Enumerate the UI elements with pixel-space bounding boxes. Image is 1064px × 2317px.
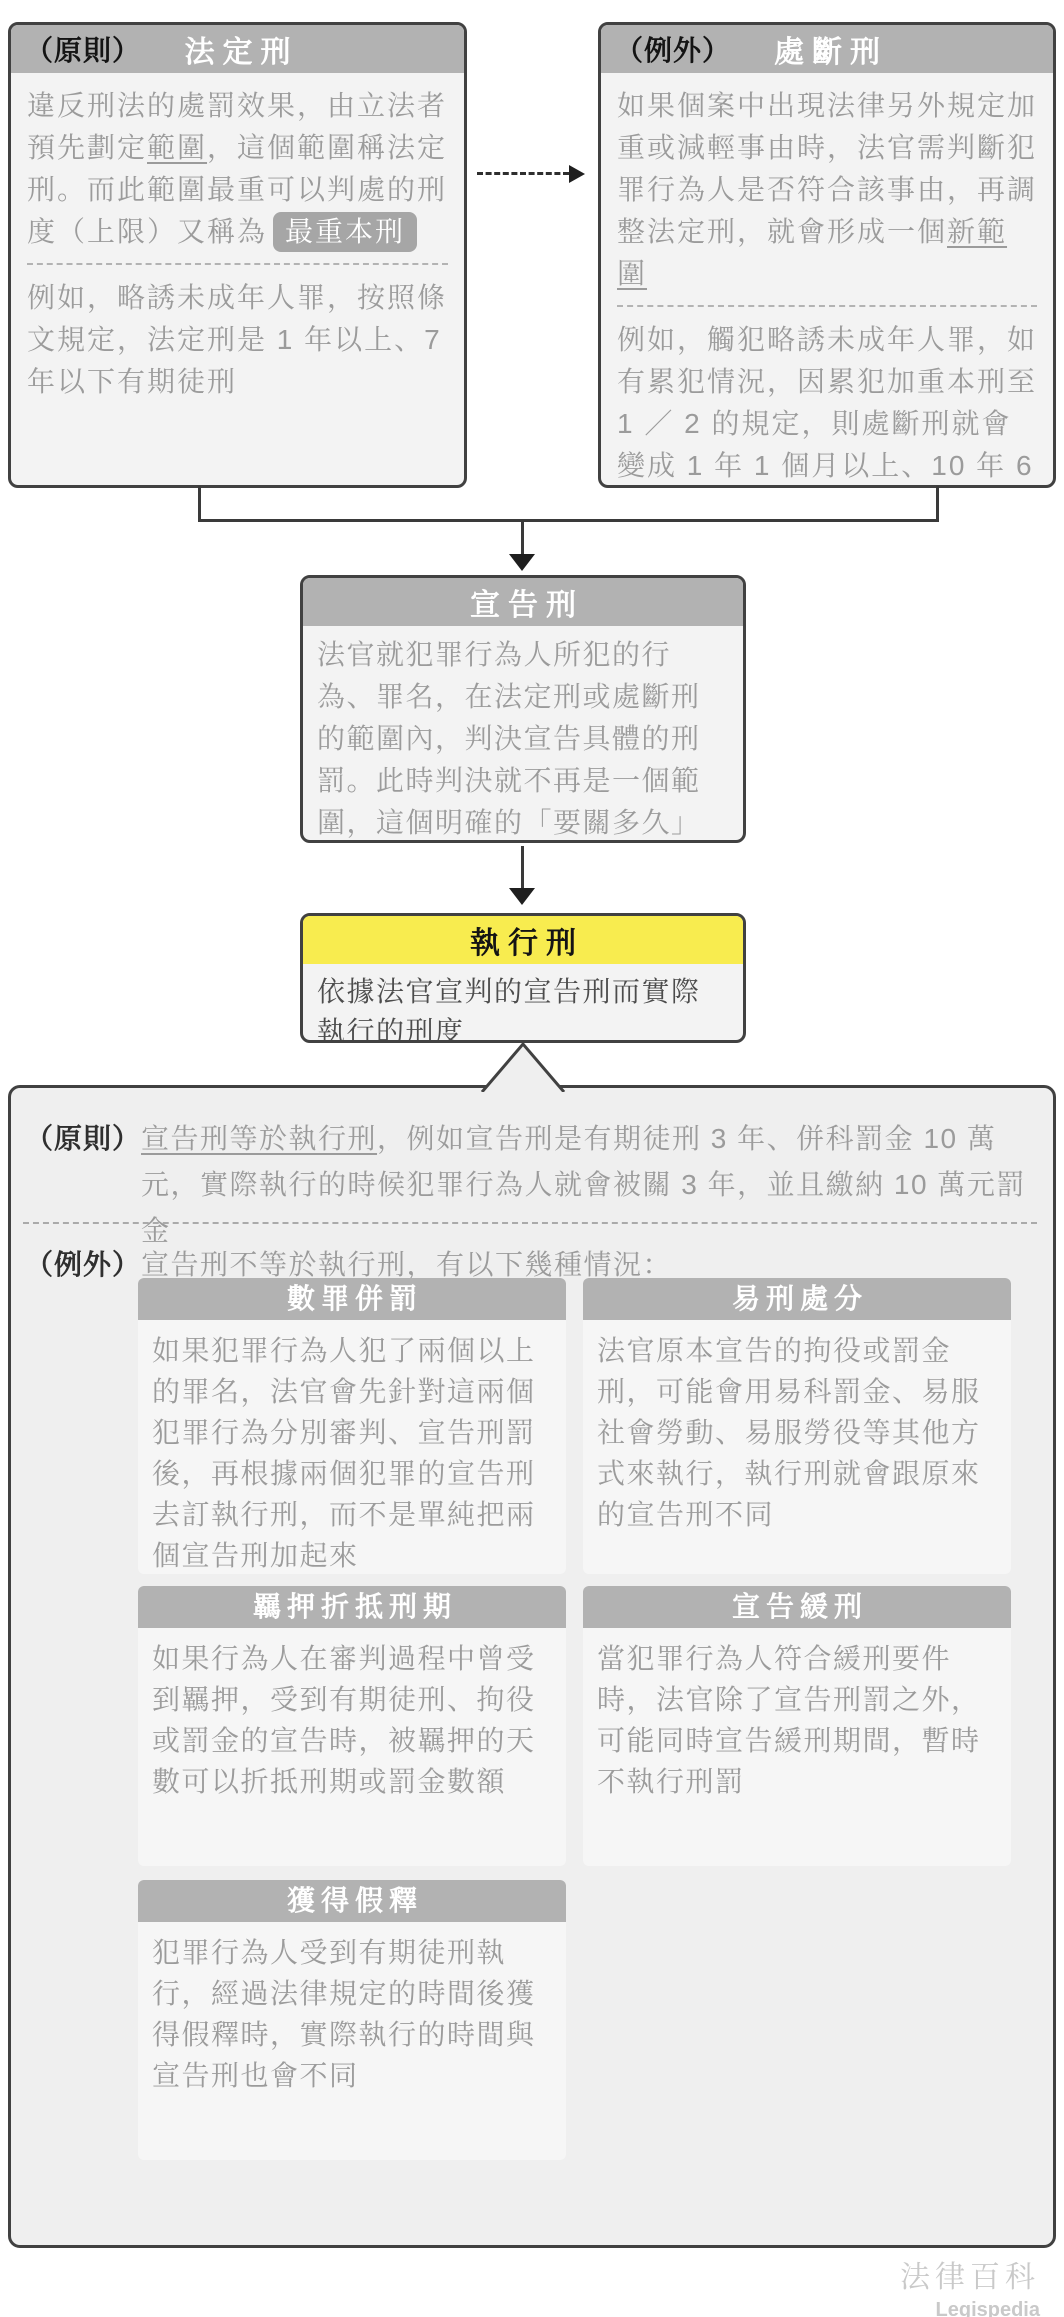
case-title: 宣告緩刑 [583, 1586, 1011, 1628]
max-principal-penalty-badge: 最重本刑 [273, 212, 417, 252]
pronounced-card-header: 宣告刑 [303, 578, 743, 626]
brand-name-chinese: 法律百科 [900, 2252, 1040, 2296]
case-description: 法官原本宣告的拘役或罰金刑，可能會用易科罰金、易服社會勞動、易服勞役等其他方式來… [583, 1320, 1011, 1545]
case-title: 羈押折抵刑期 [138, 1586, 566, 1628]
case-description: 犯罪行為人受到有期徒刑執行，經過法律規定的時間後獲得假釋時，實際執行的時間與宣告… [138, 1922, 566, 2106]
dashed-divider [27, 263, 448, 265]
statutory-penalty-card: （原則） 法定刑 違反刑法的處罰效果，由立法者預先劃定範圍，這個範圍稱法定刑。而… [8, 22, 467, 488]
case-card-detention-offset: 羈押折抵刑期 如果行為人在審判過程中曾受到羈押，受到有期徒刑、拘役或罰金的宣告時… [138, 1586, 566, 1866]
case-card-commutation: 易刑處分 法官原本宣告的拘役或罰金刑，可能會用易科罰金、易服社會勞動、易服勞役等… [583, 1278, 1011, 1574]
brand-logo: 法律百科 Legispedia [900, 2252, 1040, 2317]
dashed-divider [617, 305, 1037, 307]
pronounced-penalty-card: 宣告刑 法官就犯罪行為人所犯的行為、罪名，在法定刑或處斷刑的範圍內，判決宣告具體… [300, 575, 746, 843]
principle-tag: （原則） [11, 29, 141, 69]
down-arrow-stem [521, 846, 524, 890]
case-card-parole: 獲得假釋 犯罪行為人受到有期徒刑執行，經過法律規定的時間後獲得假釋時，實際執行的… [138, 1880, 566, 2160]
pronounced-description: 法官就犯罪行為人所犯的行為、罪名，在法定刑或處斷刑的範圍內，判決宣告具體的刑罰。… [317, 634, 729, 843]
statutory-example: 例如，略誘未成年人罪，按照條文規定，法定刑是 1 年以上、7 年以下有期徒刑 [27, 277, 448, 403]
connector-right-vertical [936, 486, 939, 522]
dashed-right-arrow-line [477, 172, 569, 175]
executed-description: 依據法官宣判的宣告刑而實際執行的刑度 [317, 972, 729, 1043]
principle-underlined: 宣告刑等於執行刑 [141, 1123, 377, 1154]
statutory-card-header: （原則） 法定刑 [11, 25, 464, 73]
adjudicated-penalty-card: （例外） 處斷刑 如果個案中出現法律另外規定加重或減輕事由時，法官需判斷犯罪行為… [598, 22, 1056, 488]
panel-notch-pointer [479, 1040, 567, 1092]
executed-card-header: 執行刑 [303, 916, 743, 964]
connector-horizontal [198, 519, 939, 522]
exception-underlined: 宣告刑不等於執行刑 [141, 1249, 407, 1280]
statutory-card-body: 違反刑法的處罰效果，由立法者預先劃定範圍，這個範圍稱法定刑。而此範圍最重可以判處… [11, 73, 464, 413]
adjudicated-card-body: 如果個案中出現法律另外規定加重或減輕事由時，法官需判斷犯罪行為人是否符合該事由，… [601, 73, 1053, 488]
exception-cases-panel: （原則） 宣告刑等於執行刑，例如宣告刑是有期徒刑 3 年、併科罰金 10 萬元，… [8, 1085, 1056, 2248]
case-title: 易刑處分 [583, 1278, 1011, 1320]
pronounced-card-body: 法官就犯罪行為人所犯的行為、罪名，在法定刑或處斷刑的範圍內，判決宣告具體的刑罰。… [303, 626, 743, 843]
exception-tag: （例外） [601, 29, 731, 69]
case-description: 如果犯罪行為人犯了兩個以上的罪名，法官會先針對這兩個犯罪行為分別審判、宣告刑罰後… [138, 1320, 566, 1574]
connector-left-vertical [198, 486, 201, 522]
brand-name-english: Legispedia [900, 2299, 1040, 2317]
case-description: 如果行為人在審判過程中曾受到羈押，受到有期徒刑、拘役或罰金的宣告時，被羈押的天數… [138, 1628, 566, 1812]
statutory-description: 違反刑法的處罰效果，由立法者預先劃定範圍，這個範圍稱法定刑。而此範圍最重可以判處… [27, 85, 448, 253]
case-card-probation: 宣告緩刑 當犯罪行為人符合緩刑要件時，法官除了宣告刑罰之外，可能同時宣告緩刑期間… [583, 1586, 1011, 1866]
down-arrow-icon [509, 888, 535, 905]
infographic-canvas: （原則） 法定刑 違反刑法的處罰效果，由立法者預先劃定範圍，這個範圍稱法定刑。而… [0, 0, 1064, 2317]
dashed-divider [23, 1222, 1037, 1224]
exception-note-tag: （例外） [25, 1242, 141, 1288]
executed-penalty-card: 執行刑 依據法官宣判的宣告刑而實際執行的刑度 [300, 913, 746, 1043]
case-title: 數罪併罰 [138, 1278, 566, 1320]
executed-card-body: 依據法官宣判的宣告刑而實際執行的刑度 [303, 964, 743, 1043]
case-description: 當犯罪行為人符合緩刑要件時，法官除了宣告刑罰之外，可能同時宣告緩刑期間，暫時不執… [583, 1628, 1011, 1812]
statutory-desc-underlined: 範圍 [147, 132, 207, 163]
adjudicated-card-header: （例外） 處斷刑 [601, 25, 1053, 73]
down-arrow-stem [521, 522, 524, 556]
adjudicated-description: 如果個案中出現法律另外規定加重或減輕事由時，法官需判斷犯罪行為人是否符合該事由，… [617, 85, 1037, 295]
principle-note-text: 宣告刑等於執行刑，例如宣告刑是有期徒刑 3 年、併科罰金 10 萬元，實際執行的… [141, 1116, 1053, 1254]
dashed-right-arrow-icon [569, 165, 585, 183]
adjudicated-example: 例如，觸犯略誘未成年人罪，如有累犯情況，因累犯加重本刑至 1 ／ 2 的規定，則… [617, 319, 1037, 488]
executed-title: 執行刑 [303, 918, 743, 962]
exception-rest: ，有以下幾種情況： [407, 1249, 673, 1280]
principle-note: （原則） 宣告刑等於執行刑，例如宣告刑是有期徒刑 3 年、併科罰金 10 萬元，… [25, 1116, 1053, 1254]
principle-note-tag: （原則） [25, 1116, 141, 1254]
down-arrow-icon [509, 554, 535, 571]
case-card-multiple-offenses: 數罪併罰 如果犯罪行為人犯了兩個以上的罪名，法官會先針對這兩個犯罪行為分別審判、… [138, 1278, 566, 1574]
case-title: 獲得假釋 [138, 1880, 566, 1922]
pronounced-title: 宣告刑 [303, 580, 743, 624]
